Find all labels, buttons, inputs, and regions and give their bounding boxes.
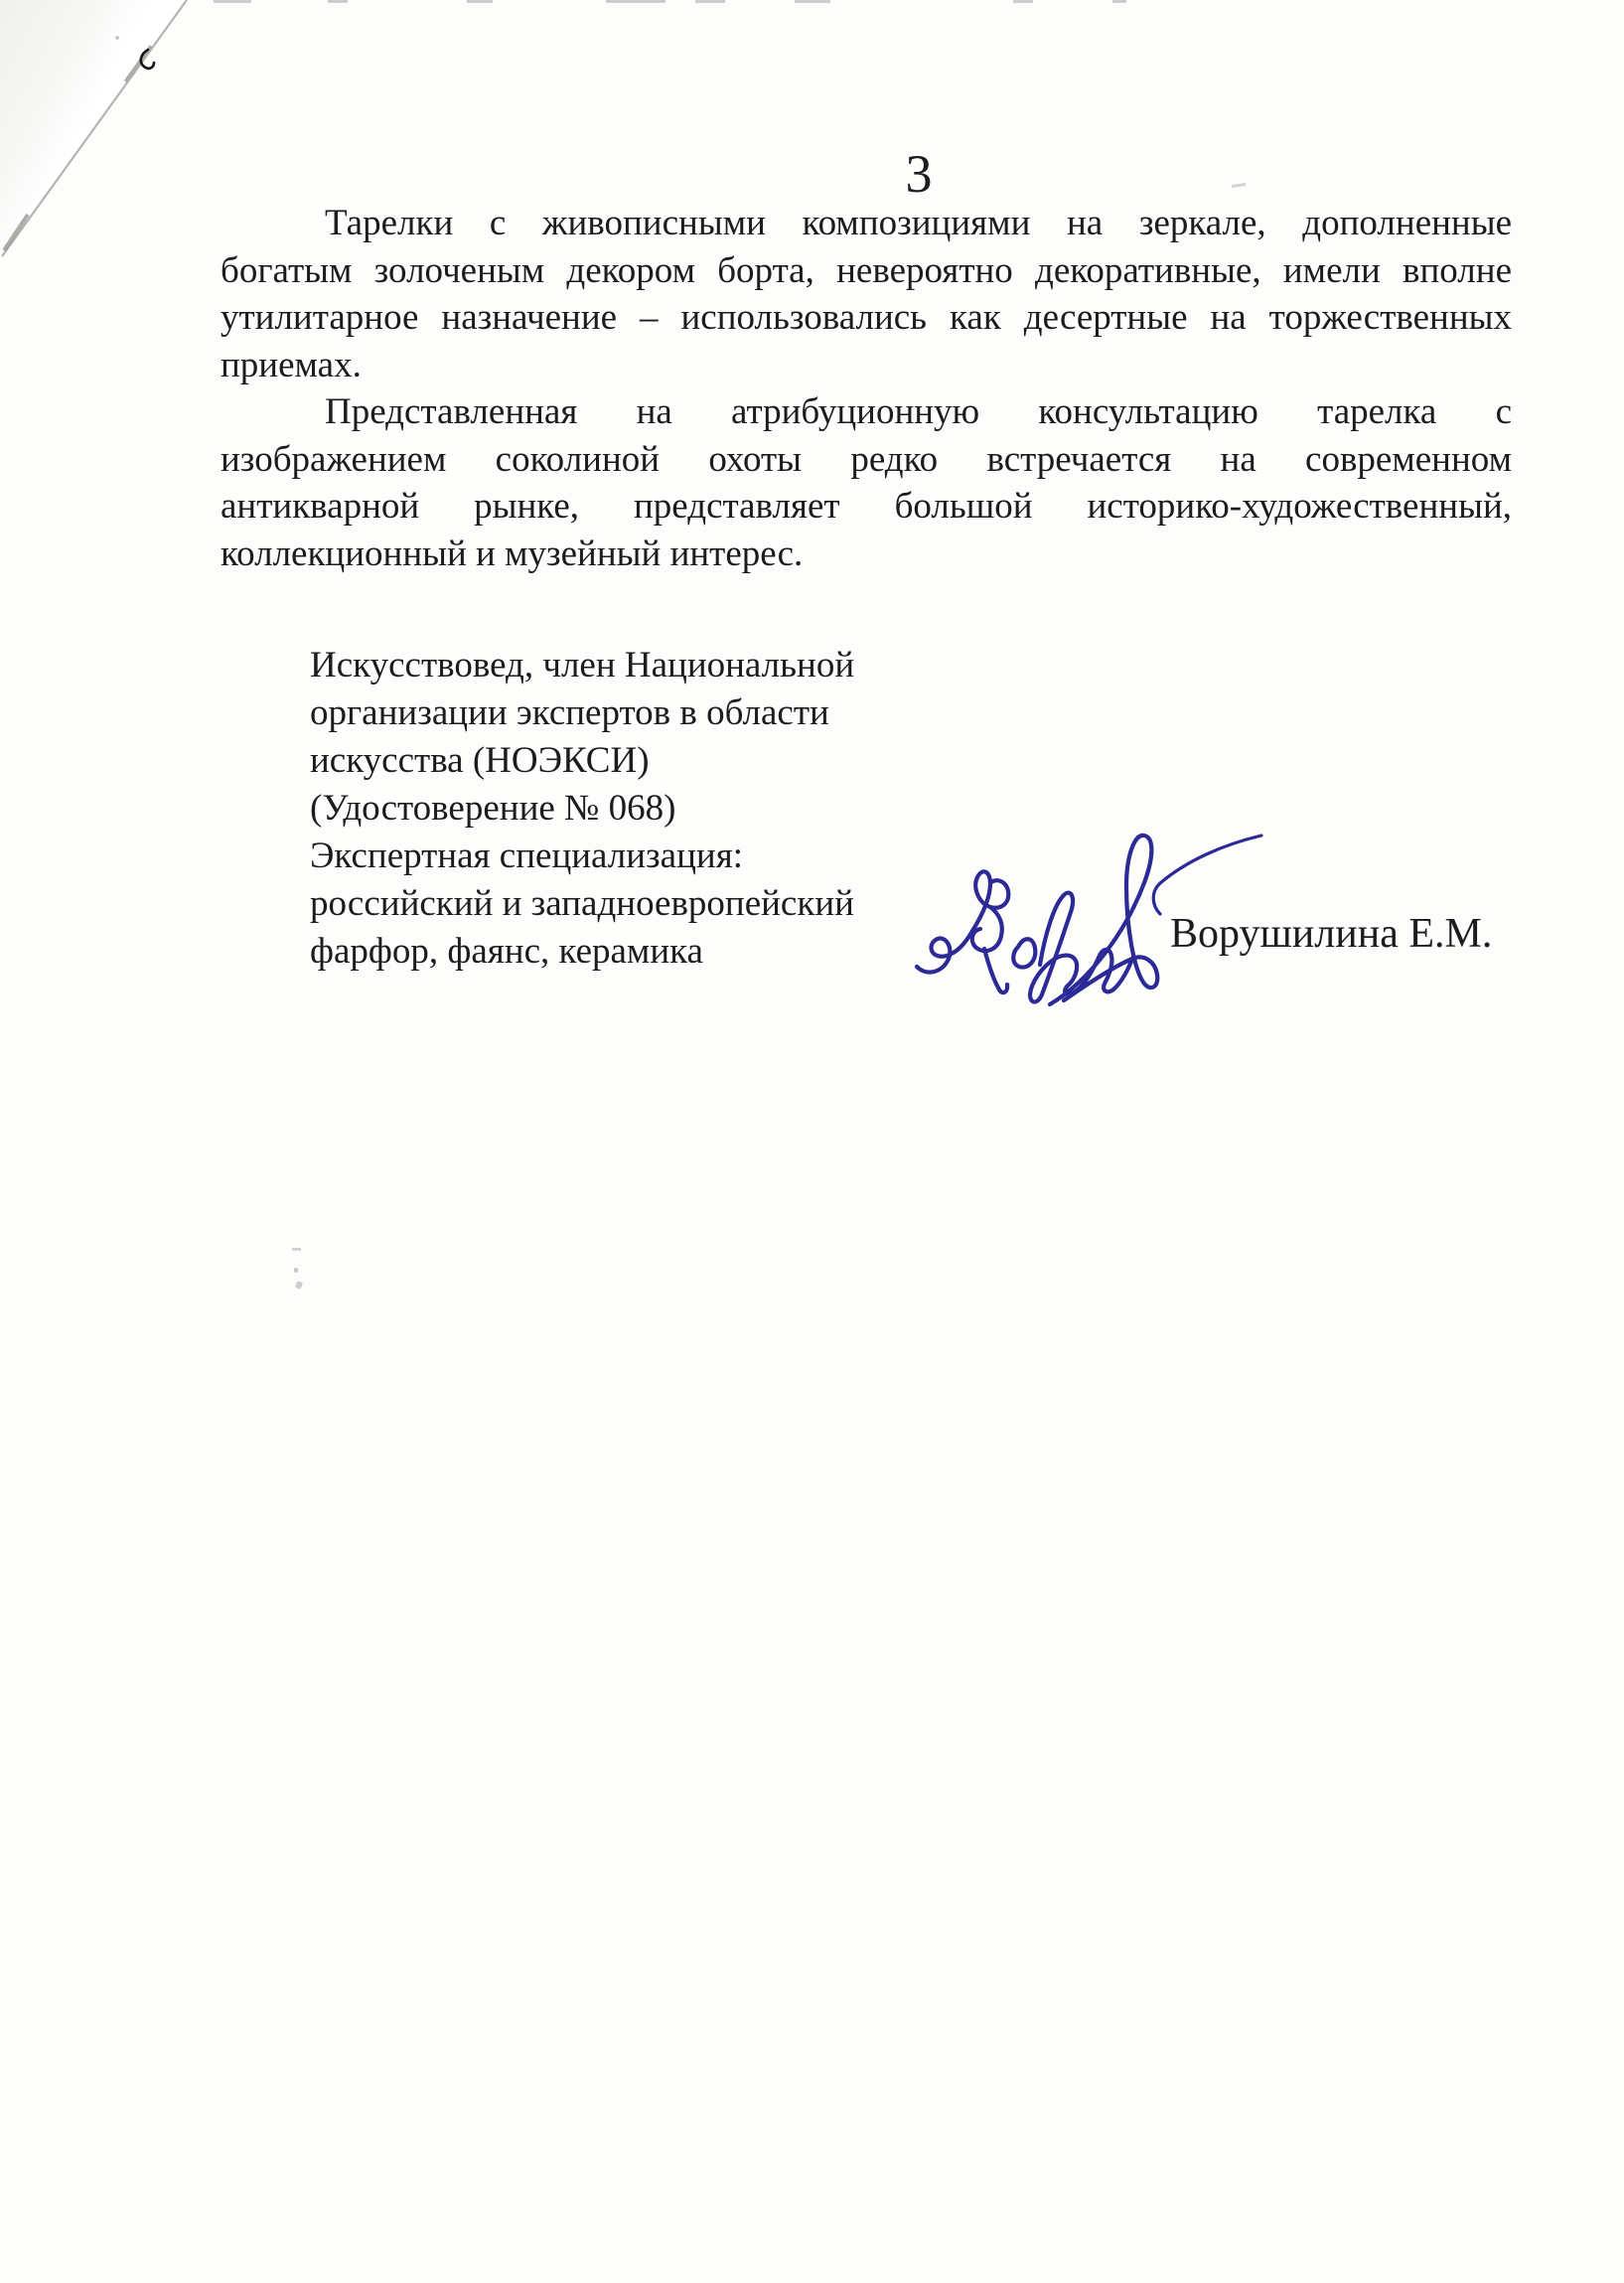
paragraph-1-line-1: Тарелки с живописными композициями на зе… <box>221 200 1512 247</box>
scan-edge-dash <box>467 0 493 3</box>
scan-edge-dash <box>1112 0 1126 3</box>
signature-ink-stroke <box>917 931 972 973</box>
paragraph-2-line-1: Представленная на атрибуционную консульт… <box>221 388 1512 436</box>
scanned-document-page: 3 Тарелки с живописными композициями на … <box>0 0 1624 2283</box>
scan-edge-dash <box>606 0 665 3</box>
paragraph-2-line-2: изображением соколиной охоты редко встре… <box>221 436 1512 484</box>
paragraph-2-line-4: коллекционный и музейный интерес. <box>221 531 1512 578</box>
signature-ink-stroke <box>1153 836 1261 914</box>
scan-edge-dash <box>214 0 251 3</box>
scan-speck <box>294 1268 298 1273</box>
signatory-name: Ворушилина Е.М. <box>1170 910 1492 958</box>
scan-speck <box>295 1281 303 1290</box>
paragraph-1-line-4: приемах. <box>221 342 1512 389</box>
scan-speck <box>292 1248 301 1251</box>
paragraph-1-line-2: богатым золоченым декором борта, невероя… <box>221 247 1512 295</box>
scan-edge-dash <box>795 0 830 3</box>
scan-edge-dash <box>695 0 725 3</box>
scan-dot <box>115 36 119 40</box>
page-number: 3 <box>869 144 968 204</box>
scan-edge-dash <box>328 0 348 3</box>
body-text: Тарелки с живописными композициями на зе… <box>221 200 1512 577</box>
credential-line-2: организации экспертов в области <box>310 689 1005 737</box>
credential-line-1: Искусствовед, член Национальной <box>310 642 1005 689</box>
paragraph-2-line-3: антикварной рынке, представляет большой … <box>221 483 1512 531</box>
scan-speck <box>1232 183 1246 188</box>
paragraph-1-line-3: утилитарное назначение – использовались … <box>221 294 1512 342</box>
credential-line-3: искусства (НОЭКСИ) <box>310 737 1005 785</box>
scan-edge-dash <box>1013 0 1033 3</box>
signature-ink-stroke <box>972 871 1008 992</box>
